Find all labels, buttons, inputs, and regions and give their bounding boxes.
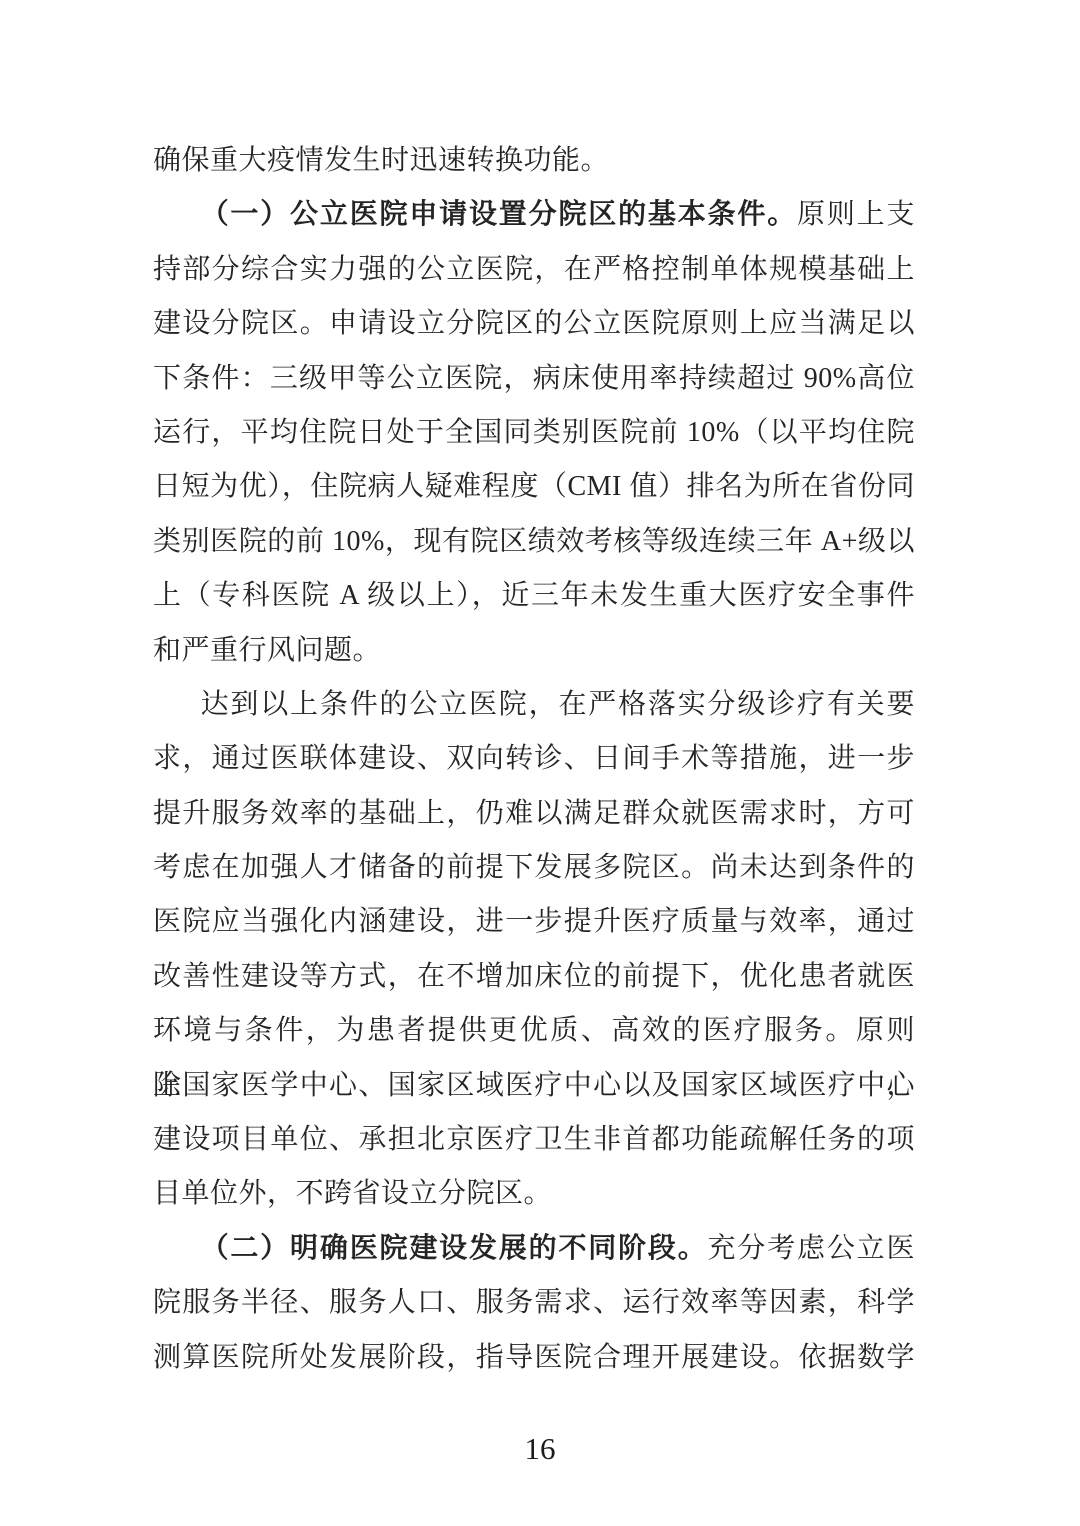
section-heading: （一）公立医院申请设置分院区的基本条件。 [201,199,797,230]
body-text: 医院应当强化内涵建设，进一步提升医疗质量与效率，通过 [153,906,915,937]
body-text: 上（专科医院 A 级以上），近三年未发生重大医疗安全事件 [153,580,915,611]
body-text: 求，通过医联体建设、双向转诊、日间手术等措施，进一步 [153,743,915,774]
text-line: 环境与条件，为患者提供更优质、高效的医疗服务。原则上， [153,1004,915,1058]
body-text: 达到以上条件的公立医院，在严格落实分级诊疗有关要 [201,689,915,720]
body-text: 目单位外，不跨省设立分院区。 [153,1178,552,1209]
text-line: 考虑在加强人才储备的前提下发展多院区。尚未达到条件的 [153,841,915,895]
text-line: 院服务半径、服务人口、服务需求、运行效率等因素，科学 [153,1276,915,1330]
text-line: 求，通过医联体建设、双向转诊、日间手术等措施，进一步 [153,732,915,786]
body-text: 类别医院的前 10%，现有院区绩效考核等级连续三年 A+级以 [153,526,915,557]
text-line: 除国家医学中心、国家区域医疗中心以及国家区域医疗中心 [153,1059,915,1113]
body-text: 下条件：三级甲等公立医院，病床使用率持续超过 90%高位 [153,363,915,394]
text-line: 建设分院区。申请设立分院区的公立医院原则上应当满足以 [153,297,915,351]
text-line: （一）公立医院申请设置分院区的基本条件。原则上支 [153,188,915,242]
text-line: 医院应当强化内涵建设，进一步提升医疗质量与效率，通过 [153,895,915,949]
body-text: 持部分综合实力强的公立医院，在严格控制单体规模基础上 [153,254,915,285]
text-line: 改善性建设等方式，在不增加床位的前提下，优化患者就医 [153,950,915,1004]
text-line: 下条件：三级甲等公立医院，病床使用率持续超过 90%高位 [153,352,915,406]
text-line: 提升服务效率的基础上，仍难以满足群众就医需求时，方可 [153,787,915,841]
body-text: 建设项目单位、承担北京医疗卫生非首都功能疏解任务的项 [153,1124,915,1155]
body-text: 运行，平均住院日处于全国同类别医院前 10%（以平均住院 [153,417,915,448]
text-line: 日短为优），住院病人疑难程度（CMI 值）排名为所在省份同 [153,460,915,514]
body-text: 充分考虑公立医 [708,1233,915,1264]
body-text: 确保重大疫情发生时迅速转换功能。 [153,145,609,176]
body-text: 除国家医学中心、国家区域医疗中心以及国家区域医疗中心 [153,1070,915,1101]
body-text: 院服务半径、服务人口、服务需求、运行效率等因素，科学 [153,1287,915,1318]
text-line: 目单位外，不跨省设立分院区。 [153,1167,915,1221]
body-text: 测算医院所处发展阶段，指导医院合理开展建设。依据数学 [153,1342,915,1373]
body-text: 建设分院区。申请设立分院区的公立医院原则上应当满足以 [153,308,915,339]
text-line: 达到以上条件的公立医院，在严格落实分级诊疗有关要 [153,678,915,732]
body-text: 提升服务效率的基础上，仍难以满足群众就医需求时，方可 [153,798,915,829]
body-text: 和严重行风问题。 [153,635,381,666]
text-line: 运行，平均住院日处于全国同类别医院前 10%（以平均住院 [153,406,915,460]
text-line: 建设项目单位、承担北京医疗卫生非首都功能疏解任务的项 [153,1113,915,1167]
text-line: 类别医院的前 10%，现有院区绩效考核等级连续三年 A+级以 [153,515,915,569]
text-line: 和严重行风问题。 [153,624,915,678]
text-line: 上（专科医院 A 级以上），近三年未发生重大医疗安全事件 [153,569,915,623]
body-text: 日短为优），住院病人疑难程度（CMI 值）排名为所在省份同 [153,471,915,502]
body-text: 考虑在加强人才储备的前提下发展多院区。尚未达到条件的 [153,852,915,883]
text-line: 确保重大疫情发生时迅速转换功能。 [153,134,915,188]
text-line: 测算医院所处发展阶段，指导医院合理开展建设。依据数学 [153,1331,915,1385]
document-page: 确保重大疫情发生时迅速转换功能。（一）公立医院申请设置分院区的基本条件。原则上支… [0,0,1080,1526]
body-text: 原则上支 [797,199,915,230]
text-line: 持部分综合实力强的公立医院，在严格控制单体规模基础上 [153,243,915,297]
page-number: 16 [0,1424,1080,1474]
body-text: 改善性建设等方式，在不增加床位的前提下，优化患者就医 [153,961,915,992]
text-line: （二）明确医院建设发展的不同阶段。充分考虑公立医 [153,1222,915,1276]
document-text-block: 确保重大疫情发生时迅速转换功能。（一）公立医院申请设置分院区的基本条件。原则上支… [153,134,915,1385]
section-heading: （二）明确医院建设发展的不同阶段。 [201,1233,708,1264]
